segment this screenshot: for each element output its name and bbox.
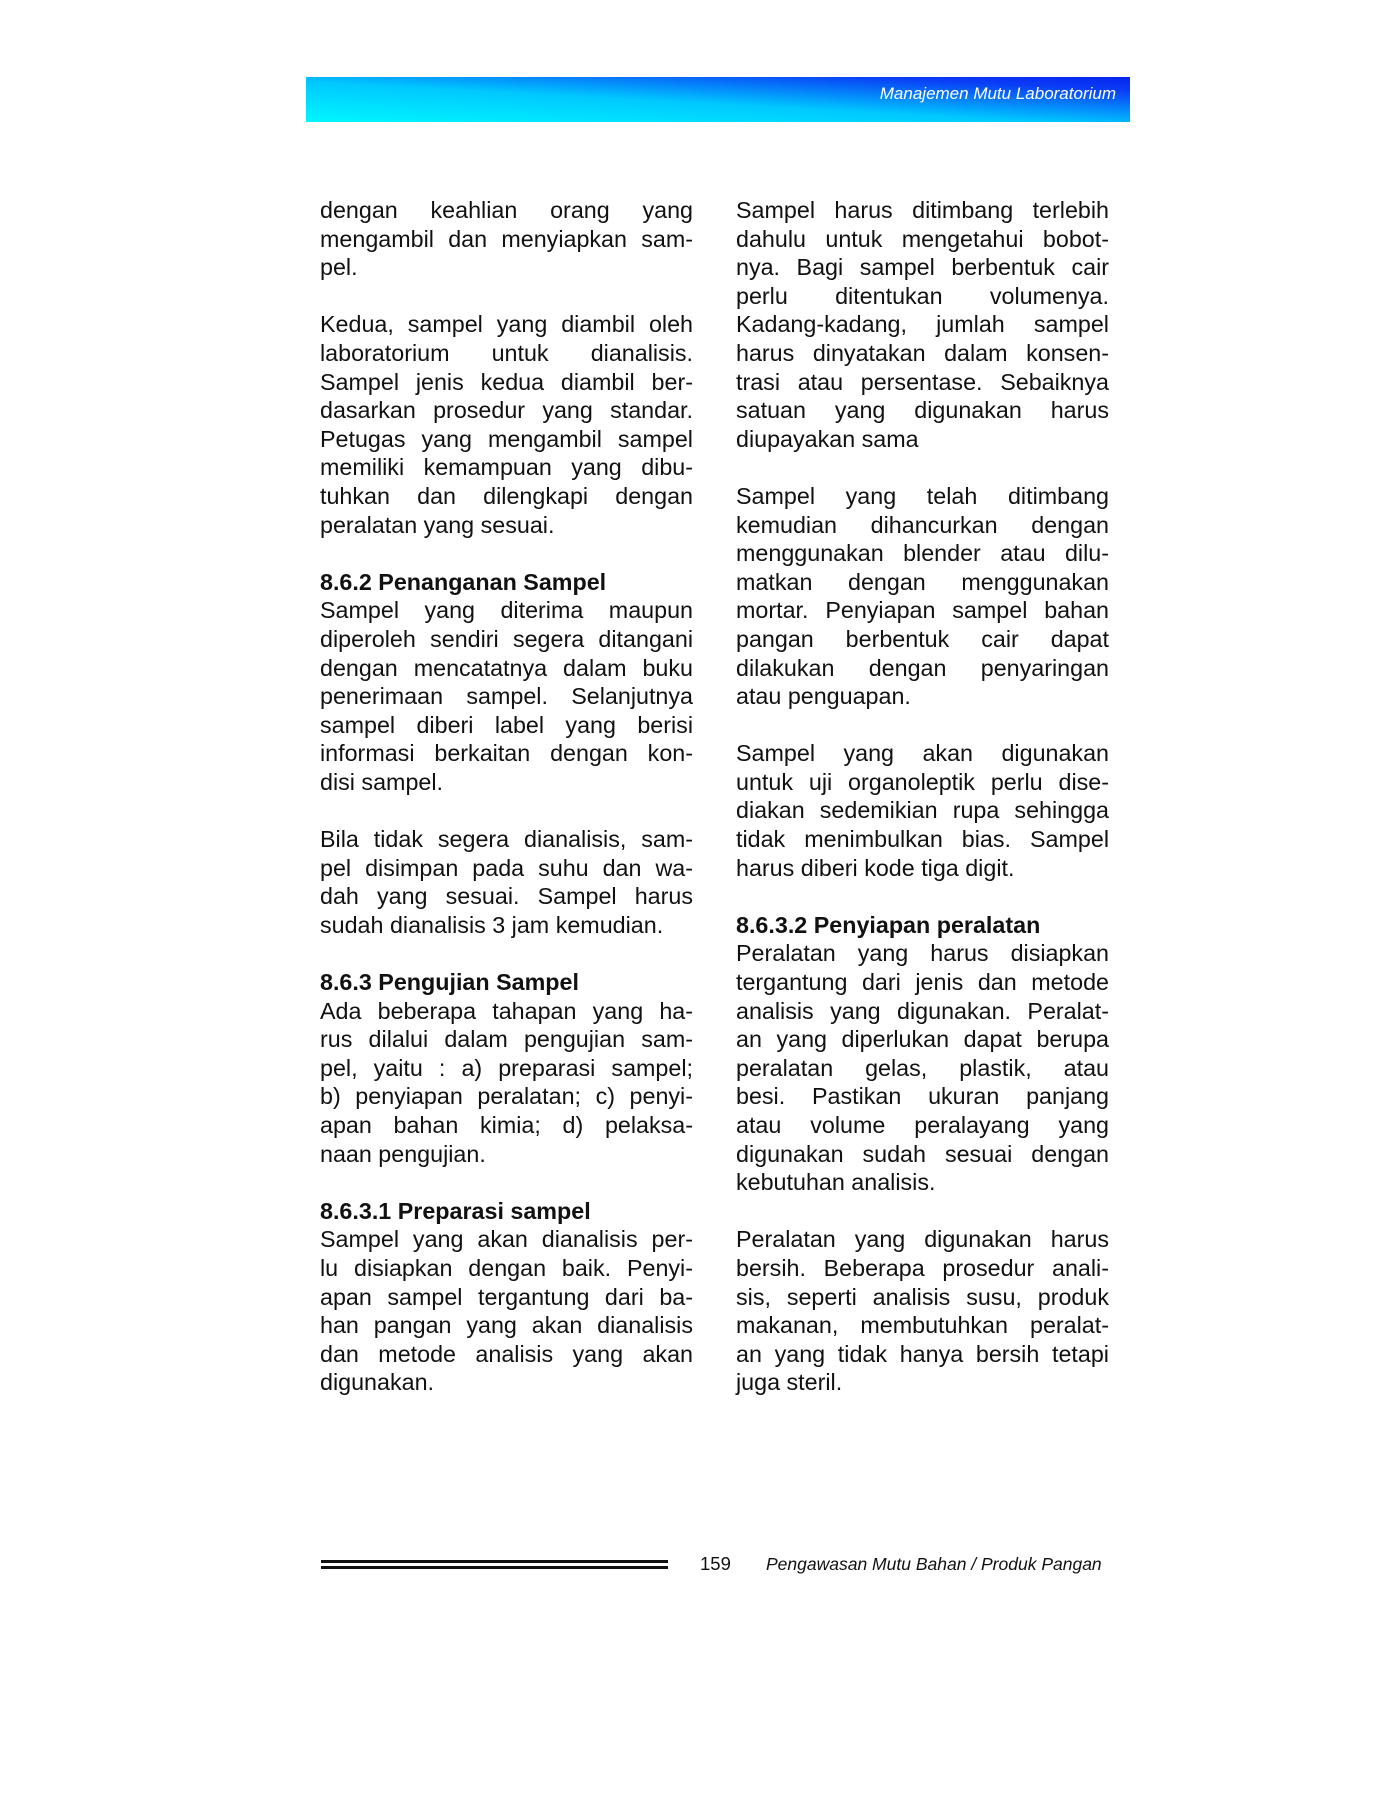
footer-rule-line xyxy=(321,1560,668,1563)
text-line: Peralatan yang harus disiapkan xyxy=(736,939,1109,968)
text-line: peralatan yang sesuai. xyxy=(320,511,693,540)
paragraph: Kedua, sampel yang diambil olehlaborator… xyxy=(320,310,693,539)
text-line: perlu ditentukan volumenya. xyxy=(736,282,1109,311)
text-line: pel. xyxy=(320,253,693,282)
paragraph: Sampel yang akan dianalisis per-lu disia… xyxy=(320,1225,693,1397)
text-line: han pangan yang akan dianalisis xyxy=(320,1311,693,1340)
text-line: Sampel harus ditimbang terlebih xyxy=(736,196,1109,225)
text-line: kebutuhan analisis. xyxy=(736,1168,1109,1197)
text-line: sis, seperti analisis susu, produk xyxy=(736,1283,1109,1312)
text-line: diupayakan sama xyxy=(736,425,1109,454)
text-line: dengan mencatatnya dalam buku xyxy=(320,654,693,683)
paragraph: Sampel yang akan digunakanuntuk uji orga… xyxy=(736,739,1109,882)
paragraph: Sampel yang diterima maupundiperoleh sen… xyxy=(320,596,693,796)
text-line: Petugas yang mengambil sampel xyxy=(320,425,693,454)
section-heading-8-6-3-2: 8.6.3.2 Penyiapan peralatan xyxy=(736,911,1109,940)
text-line: sudah dianalisis 3 jam kemudian. xyxy=(320,911,693,940)
text-line: digunakan sudah sesuai dengan xyxy=(736,1140,1109,1169)
text-line: dah yang sesuai. Sampel harus xyxy=(320,882,693,911)
right-column: Sampel harus ditimbang terlebihdahulu un… xyxy=(736,196,1109,1426)
text-line: Sampel yang akan dianalisis per- xyxy=(320,1225,693,1254)
text-line: matkan dengan menggunakan xyxy=(736,568,1109,597)
text-line: dasarkan prosedur yang standar. xyxy=(320,396,693,425)
text-line: atau volume peralayang yang xyxy=(736,1111,1109,1140)
text-line: Kedua, sampel yang diambil oleh xyxy=(320,310,693,339)
text-line: lu disiapkan dengan baik. Penyi- xyxy=(320,1254,693,1283)
section-heading-8-6-3: 8.6.3 Pengujian Sampel xyxy=(320,968,693,997)
left-column: dengan keahlian orang yangmengambil dan … xyxy=(320,196,693,1426)
footer-rule-line xyxy=(321,1566,668,1569)
text-line: sampel diberi label yang berisi xyxy=(320,711,693,740)
text-line: Kadang-kadang, jumlah sampel xyxy=(736,310,1109,339)
text-line: apan bahan kimia; d) pelaksa- xyxy=(320,1111,693,1140)
paragraph: Sampel yang telah ditimbangkemudian diha… xyxy=(736,482,1109,711)
text-line: apan sampel tergantung dari ba- xyxy=(320,1283,693,1312)
text-line: b) penyiapan peralatan; c) penyi- xyxy=(320,1082,693,1111)
text-line: Ada beberapa tahapan yang ha- xyxy=(320,997,693,1026)
text-line: harus diberi kode tiga digit. xyxy=(736,854,1109,883)
text-line: naan pengujian. xyxy=(320,1140,693,1169)
text-line: memiliki kemampuan yang dibu- xyxy=(320,453,693,482)
text-line: pel, yaitu : a) preparasi sampel; xyxy=(320,1054,693,1083)
page-number: 159 xyxy=(700,1553,731,1575)
text-line: tidak menimbulkan bias. Sampel xyxy=(736,825,1109,854)
text-line: Bila tidak segera dianalisis, sam- xyxy=(320,825,693,854)
text-line: makanan, membutuhkan peralat- xyxy=(736,1311,1109,1340)
text-line: mortar. Penyiapan sampel bahan xyxy=(736,596,1109,625)
text-line: menggunakan blender atau dilu- xyxy=(736,539,1109,568)
text-line: digunakan. xyxy=(320,1368,693,1397)
text-line: rus dilalui dalam pengujian sam- xyxy=(320,1025,693,1054)
text-line: an yang diperlukan dapat berupa xyxy=(736,1025,1109,1054)
paragraph: Peralatan yang harus disiapkantergantung… xyxy=(736,939,1109,1196)
text-line: peralatan gelas, plastik, atau xyxy=(736,1054,1109,1083)
running-footer-title: Pengawasan Mutu Bahan / Produk Pangan xyxy=(766,1554,1102,1575)
footer-double-rule xyxy=(321,1560,668,1571)
section-heading-8-6-2: 8.6.2 Penanganan Sampel xyxy=(320,568,693,597)
text-line: informasi berkaitan dengan kon- xyxy=(320,739,693,768)
text-line: pel disimpan pada suhu dan wa- xyxy=(320,854,693,883)
text-line: kemudian dihancurkan dengan xyxy=(736,511,1109,540)
paragraph: dengan keahlian orang yangmengambil dan … xyxy=(320,196,693,282)
running-header-bar: Manajemen Mutu Laboratorium xyxy=(306,77,1130,122)
text-line: harus dinyatakan dalam konsen- xyxy=(736,339,1109,368)
text-line: dahulu untuk mengetahui bobot- xyxy=(736,225,1109,254)
text-line: an yang tidak hanya bersih tetapi xyxy=(736,1340,1109,1369)
text-line: penerimaan sampel. Selanjutnya xyxy=(320,682,693,711)
running-header-title: Manajemen Mutu Laboratorium xyxy=(880,84,1116,104)
text-line: diperoleh sendiri segera ditangani xyxy=(320,625,693,654)
text-line: dengan keahlian orang yang xyxy=(320,196,693,225)
section-heading-8-6-3-1: 8.6.3.1 Preparasi sampel xyxy=(320,1197,693,1226)
text-line: dan metode analisis yang akan xyxy=(320,1340,693,1369)
text-line: mengambil dan menyiapkan sam- xyxy=(320,225,693,254)
text-line: analisis yang digunakan. Peralat- xyxy=(736,997,1109,1026)
text-line: Sampel yang diterima maupun xyxy=(320,596,693,625)
text-line: pangan berbentuk cair dapat xyxy=(736,625,1109,654)
text-line: laboratorium untuk dianalisis. xyxy=(320,339,693,368)
text-line: tuhkan dan dilengkapi dengan xyxy=(320,482,693,511)
paragraph: Peralatan yang digunakan harusbersih. Be… xyxy=(736,1225,1109,1397)
text-line: juga steril. xyxy=(736,1368,1109,1397)
text-line: Sampel yang telah ditimbang xyxy=(736,482,1109,511)
paragraph: Ada beberapa tahapan yang ha-rus dilalui… xyxy=(320,997,693,1169)
text-line: tergantung dari jenis dan metode xyxy=(736,968,1109,997)
text-line: diakan sedemikian rupa sehingga xyxy=(736,796,1109,825)
text-line: besi. Pastikan ukuran panjang xyxy=(736,1082,1109,1111)
text-line: dilakukan dengan penyaringan xyxy=(736,654,1109,683)
text-line: Sampel jenis kedua diambil ber- xyxy=(320,368,693,397)
paragraph: Bila tidak segera dianalisis, sam-pel di… xyxy=(320,825,693,939)
text-line: bersih. Beberapa prosedur anali- xyxy=(736,1254,1109,1283)
text-line: untuk uji organoleptik perlu dise- xyxy=(736,768,1109,797)
text-line: Sampel yang akan digunakan xyxy=(736,739,1109,768)
text-line: satuan yang digunakan harus xyxy=(736,396,1109,425)
text-line: Peralatan yang digunakan harus xyxy=(736,1225,1109,1254)
paragraph: Sampel harus ditimbang terlebihdahulu un… xyxy=(736,196,1109,453)
text-line: atau penguapan. xyxy=(736,682,1109,711)
text-line: trasi atau persentase. Sebaiknya xyxy=(736,368,1109,397)
text-line: disi sampel. xyxy=(320,768,693,797)
text-line: nya. Bagi sampel berbentuk cair xyxy=(736,253,1109,282)
